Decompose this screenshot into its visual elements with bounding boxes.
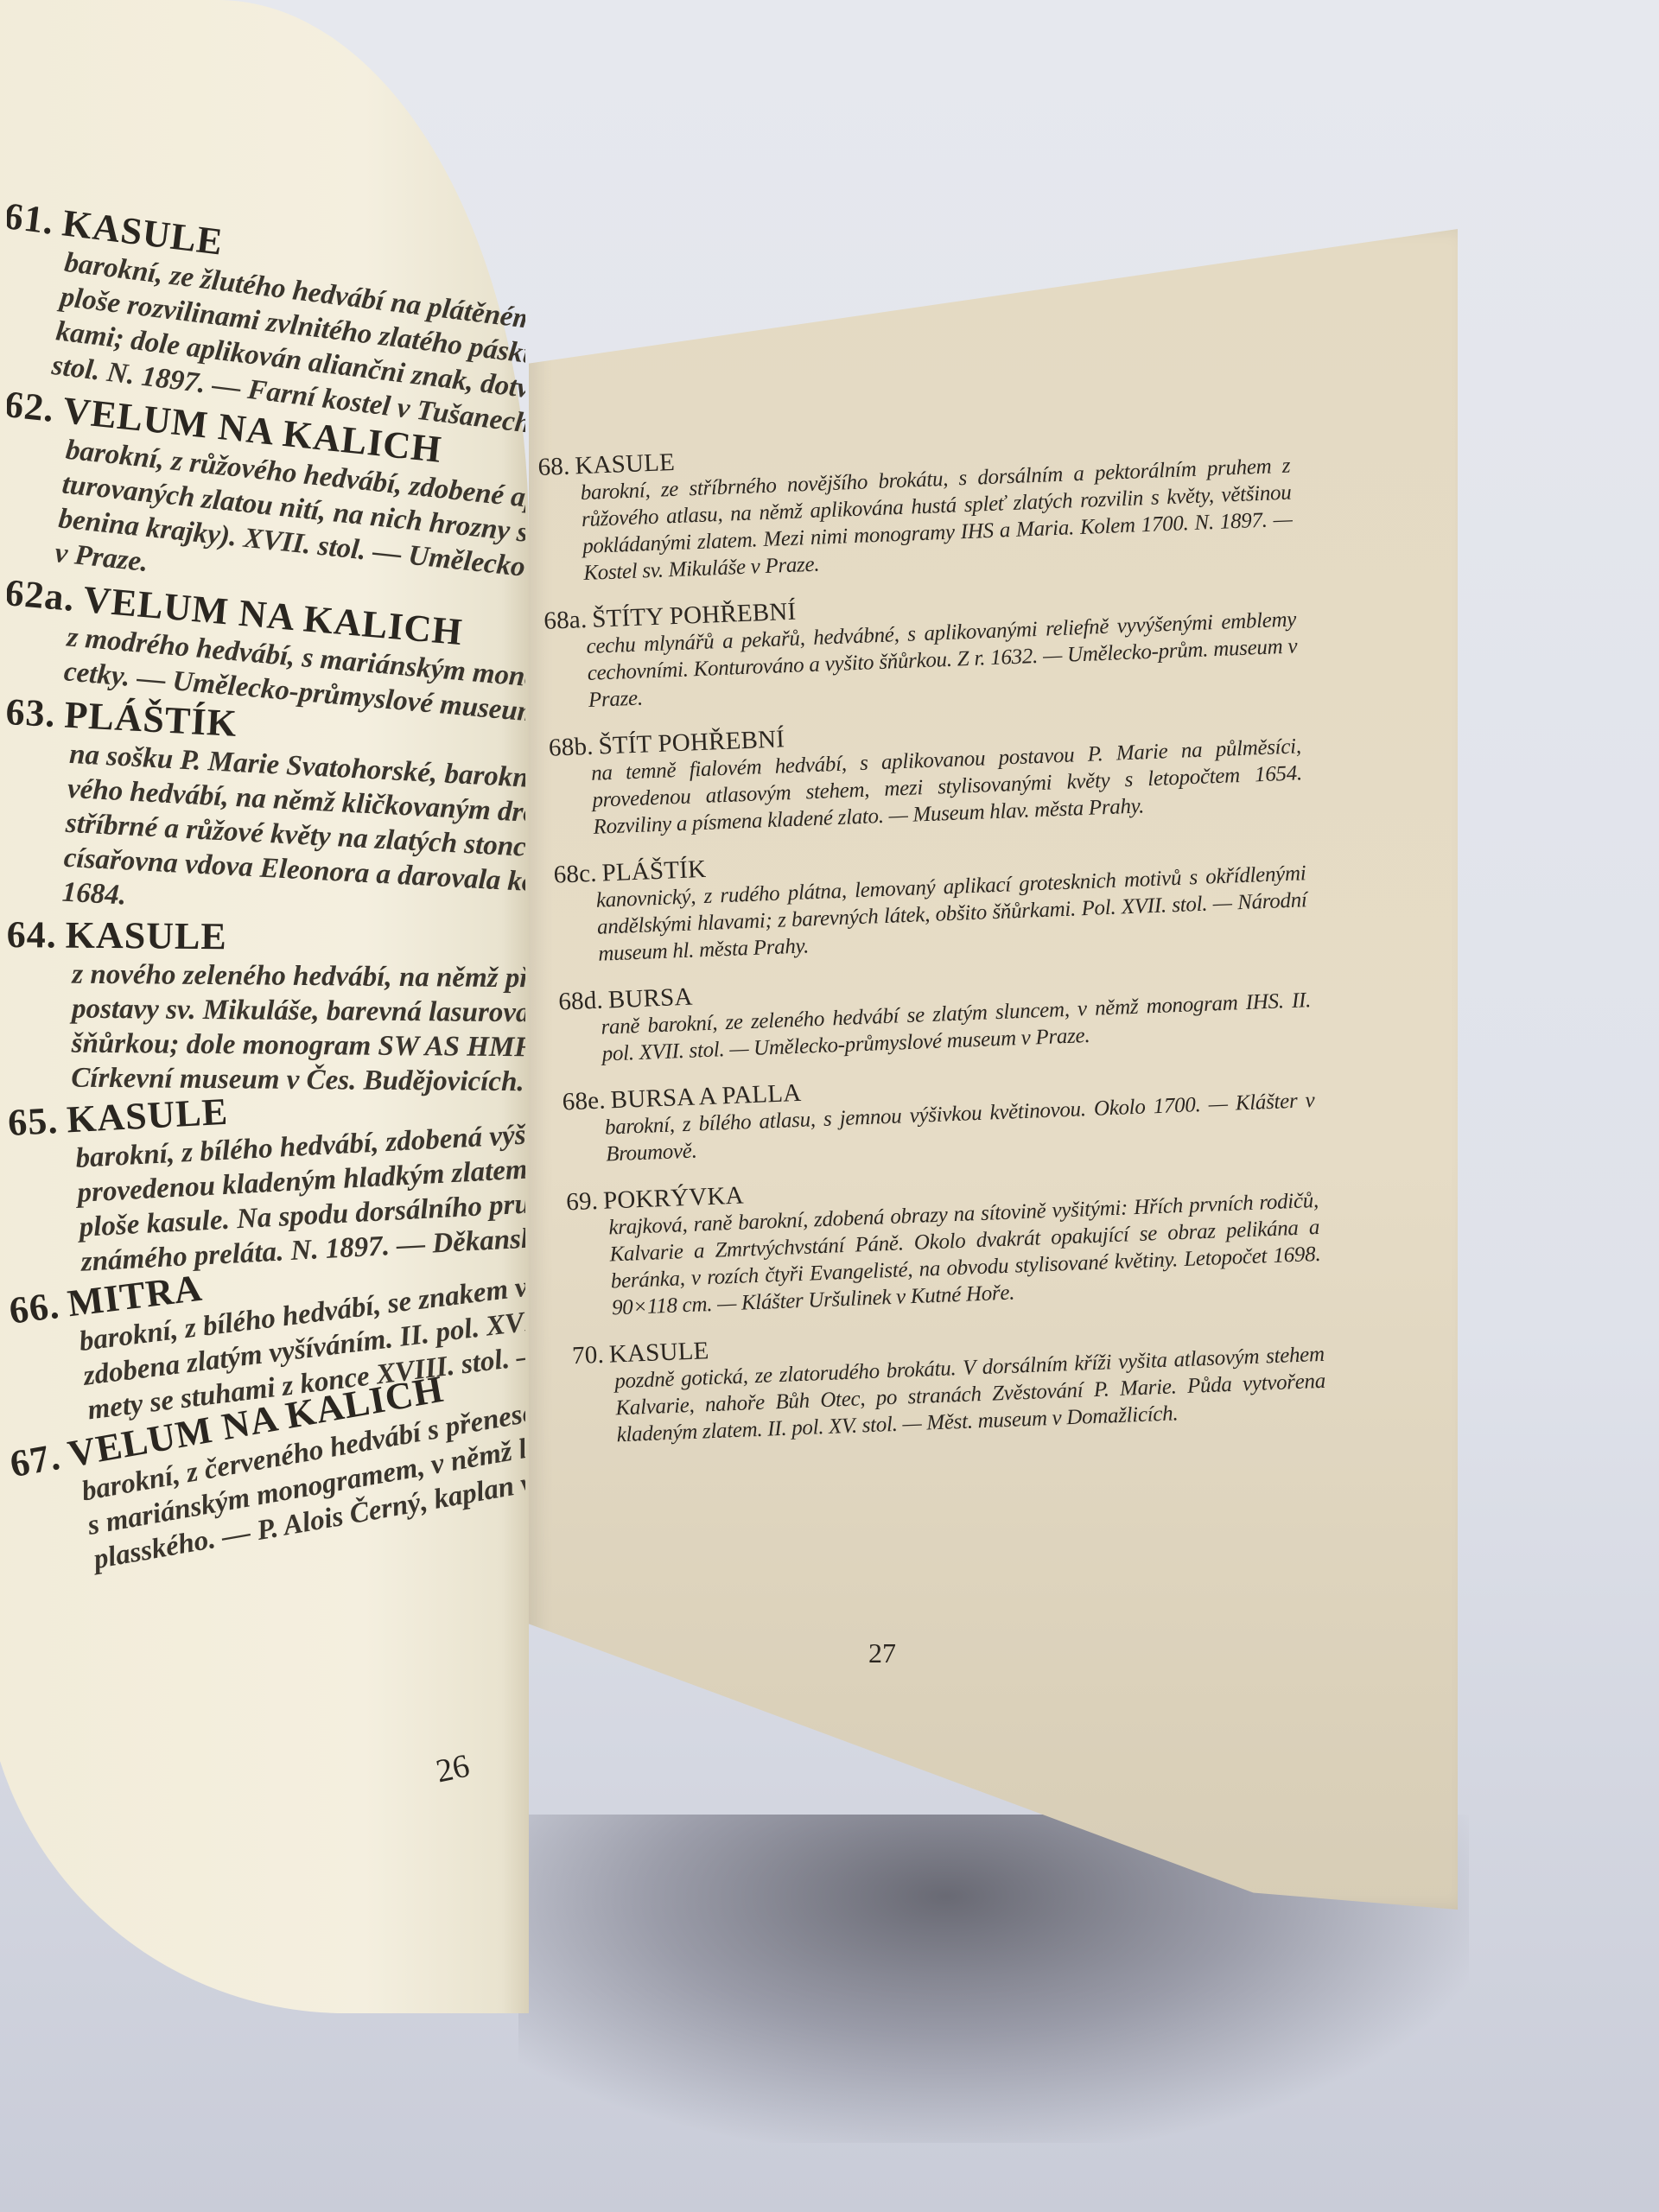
entry-number: 69. [566, 1187, 599, 1216]
catalog-entry: 69.POKRÝVKA krajková, raně barokní, zdob… [566, 1160, 1322, 1323]
catalog-entry: 68d.BURSA raně barokní, ze zeleného hedv… [558, 959, 1313, 1069]
entry-number: 61. [7, 194, 57, 243]
catalog-entry: 70.KASULE pozdně gotická, ze zlatorudého… [572, 1313, 1327, 1450]
entry-title: KASULE [66, 1090, 229, 1141]
entry-line: šňůrkou; dole monogram SW AS HMFv… [7, 1026, 524, 1065]
page-number-right: 27 [868, 1637, 896, 1669]
entry-title: PLÁŠTÍK [601, 855, 707, 887]
entry-number: 68. [537, 453, 570, 481]
catalog-entry: 68a.ŠTÍTY POHŘEBNÍ cechu mlynářů a pekař… [543, 578, 1299, 715]
right-page-content: 68.KASULE barokní, ze stříbrného novější… [537, 425, 1328, 1470]
entry-line: z nového zeleného hedvábí, na němž přene… [7, 957, 525, 995]
catalog-entry: 68c.PLÁŠTÍK kanovnický, z rudého plátna,… [553, 832, 1308, 969]
entry-title: BURSA [607, 983, 693, 1014]
entry-title: PLÁŠTÍK [63, 694, 238, 745]
left-page-content: 61.KASULE barokní, ze žlutého hedvábí na… [7, 194, 525, 1836]
catalog-entry: 63.PLÁŠTÍK na sošku P. Marie Svatohorské… [7, 690, 524, 933]
entry-number: 64. [7, 913, 57, 957]
catalog-entry: 68.KASULE barokní, ze stříbrného novější… [537, 425, 1294, 588]
entry-line: postavy sv. Mikuláše, barevná lasurovaná… [7, 991, 524, 1030]
entry-number: 68e. [562, 1087, 606, 1116]
entry-number: 68a. [543, 606, 588, 635]
entry-number: 68b. [548, 733, 594, 762]
entry-number: 62a. [7, 571, 77, 620]
catalog-entry: 68e.BURSA A PALLA barokní, z bílého atla… [562, 1059, 1316, 1169]
entry-number: 66. [7, 1284, 62, 1332]
entry-number: 63. [7, 690, 57, 735]
entry-title: KASULE [66, 914, 227, 958]
entry-title: KASULE [608, 1337, 709, 1368]
entry-number: 68c. [553, 860, 597, 889]
entry-number: 68d. [558, 987, 604, 1016]
entry-title: KASULE [575, 448, 676, 480]
entry-number: 62. [7, 383, 57, 430]
entry-number: 67. [7, 1435, 64, 1485]
catalog-entry: 68b.ŠTÍT POHŘEBNÍ na temně fialovém hedv… [548, 705, 1303, 842]
entry-number: 70. [572, 1341, 605, 1370]
catalog-entry: 64.KASULE z nového zeleného hedvábí, na … [7, 913, 525, 1099]
entry-number: 65. [7, 1099, 59, 1144]
